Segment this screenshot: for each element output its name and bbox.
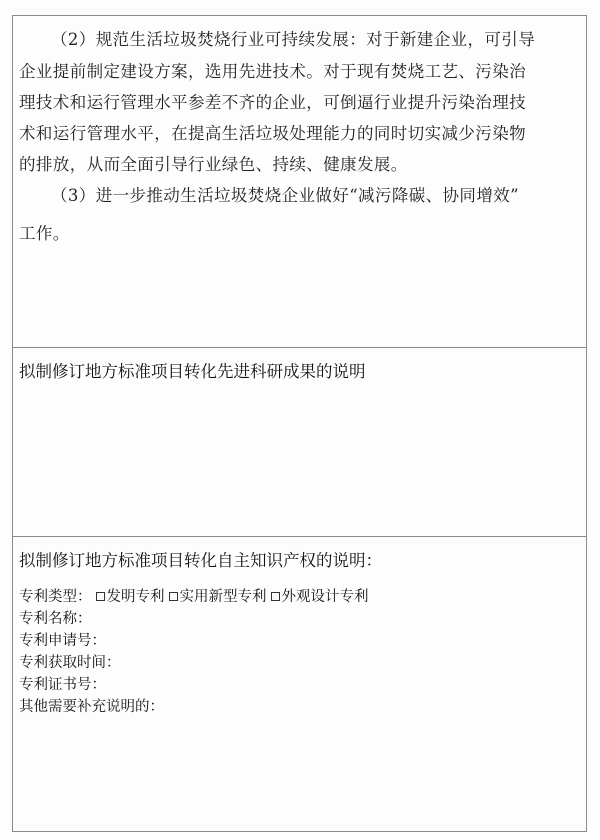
option-invention: 发明专利 <box>107 589 165 605</box>
paragraph-2-line-4: 术和运行管理水平，在提高生活垃圾处理能力的同时切实减少污染物 <box>19 120 578 144</box>
option-design: 外观设计专利 <box>282 589 369 605</box>
paragraph-3-line-1: （3）进一步推动生活垃圾焚烧企业做好“减污降碳、协同增效” <box>51 182 578 206</box>
paragraph-2-line-2: 企业提前制定建设方案，选用先进技术。对于现有焚烧工艺、污染治 <box>19 58 578 82</box>
patent-type-row: 专利类型：发明专利实用新型专利外观设计专利 <box>19 585 369 606</box>
paragraph-2-line-5: 的排放，从而全面引导行业绿色、持续、健康发展。 <box>19 151 578 175</box>
field-certificate-number: 专利证书号： <box>19 673 106 694</box>
checkbox-design[interactable] <box>271 592 280 601</box>
research-results-heading: 拟制修订地方标准项目转化先进科研成果的说明 <box>19 358 366 382</box>
paragraph-3-line-2: 工作。 <box>19 220 578 244</box>
field-grant-date: 专利获取时间： <box>19 651 121 672</box>
ip-heading: 拟制修订地方标准项目转化自主知识产权的说明： <box>19 547 382 571</box>
paragraph-2-line-3: 理技术和运行管理水平参差不齐的企业，可倒逼行业提升污染治理技 <box>19 89 578 113</box>
form-table: （2）规范生活垃圾焚烧行业可持续发展：对于新建企业，可引导 企业提前制定建设方案… <box>12 15 587 832</box>
option-utility-model: 实用新型专利 <box>180 589 267 605</box>
field-patent-name: 专利名称： <box>19 607 92 628</box>
field-other-notes: 其他需要补充说明的： <box>19 695 164 716</box>
bleed-through-text: · · · · · · · · · · · · · · · · · · <box>19 578 363 582</box>
section-benefits: （2）规范生活垃圾焚烧行业可持续发展：对于新建企业，可引导 企业提前制定建设方案… <box>13 16 586 347</box>
patent-type-label: 专利类型： <box>19 589 92 605</box>
section-research-results: 拟制修订地方标准项目转化先进科研成果的说明 <box>13 347 586 536</box>
checkbox-invention[interactable] <box>96 592 105 601</box>
checkbox-utility-model[interactable] <box>169 592 178 601</box>
section-intellectual-property: 拟制修订地方标准项目转化自主知识产权的说明： · · · · · · · · ·… <box>13 536 586 831</box>
paragraph-2-line-1: （2）规范生活垃圾焚烧行业可持续发展：对于新建企业，可引导 <box>51 26 578 50</box>
field-application-number: 专利申请号： <box>19 629 106 650</box>
